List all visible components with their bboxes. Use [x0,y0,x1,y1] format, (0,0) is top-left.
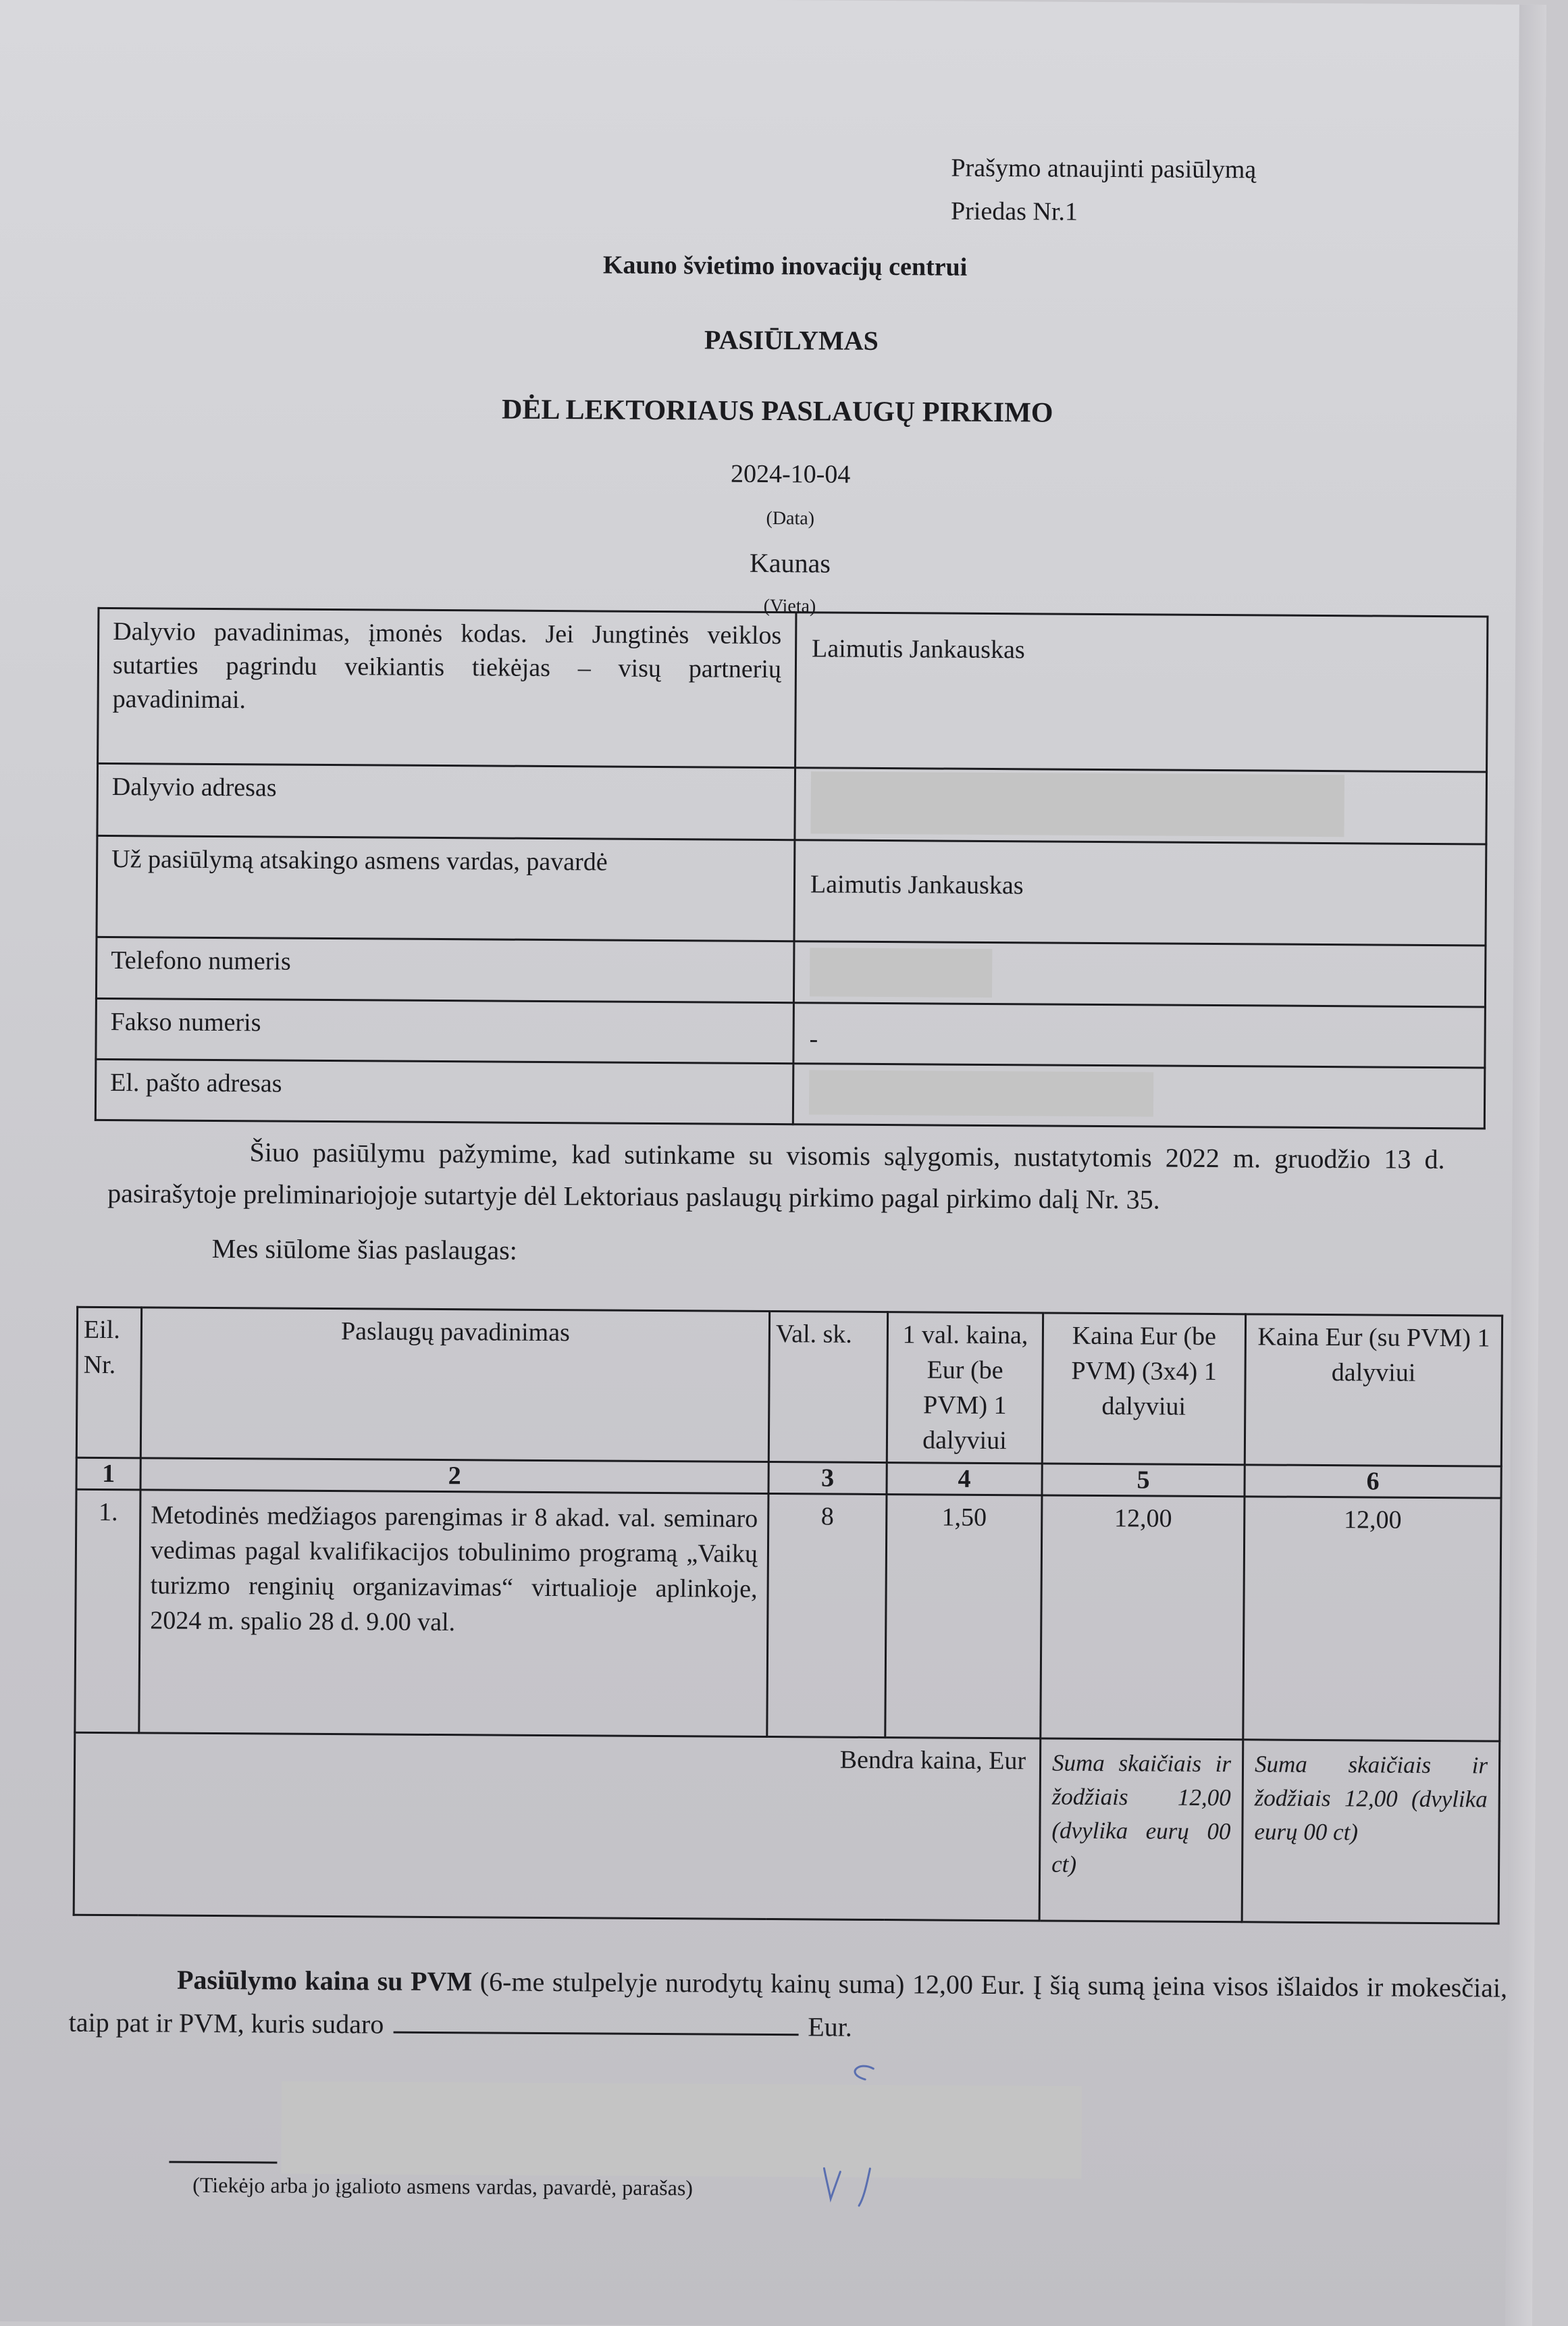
redacted-block [810,771,1344,837]
table-row: Už pasiūlymą atsakingo asmens vardas, pa… [97,835,1486,946]
participant-name-label: Dalyvio pavadinimas, įmonės kodas. Jei J… [98,608,796,767]
date-caption: (Data) [0,503,1543,534]
redacted-block [809,1070,1153,1116]
currency-label: Eur. [808,2011,852,2042]
email-value [793,1064,1485,1129]
participant-name-value: Laimutis Jankauskas [795,613,1488,772]
table-row: Telefono numeris [96,937,1486,1007]
responsible-person-value: Laimutis Jankauskas [794,840,1486,946]
agreement-paragraph: Šiuo pasiūlymu pažymime, kad sutinkame s… [107,1131,1445,1222]
service-price-excl-vat: 12,00 [1041,1495,1245,1740]
column-number: 1 [76,1457,140,1490]
document-date: 2024-10-04 [0,455,1544,494]
column-number: 3 [768,1462,887,1494]
table-row: Dalyvio adresas [97,763,1487,844]
document-subtitle: DĖL LEKTORIAUS PASLAUGŲ PIRKIMO [0,390,1544,432]
table-row: El. pašto adresas [95,1059,1485,1129]
participant-address-label: Dalyvio adresas [97,763,795,839]
total-excl-vat: Suma skaičiais ir žodžiais 12,00 (dvylik… [1039,1738,1243,1922]
fax-label: Fakso numeris [96,998,794,1063]
annex-reference: Prašymo atnaujinti pasiūlymą Priedas Nr.… [951,147,1256,235]
participant-address-value [795,768,1487,844]
column-header-price-incl-vat: Kaina Eur (su PVM) 1 dalyviui [1245,1314,1502,1466]
vat-amount-field [393,2007,798,2036]
phone-label: Telefono numeris [96,937,794,1002]
offer-price-label: Pasiūlymo kaina su PVM [177,1965,472,1997]
annex-line-2: Priedas Nr.1 [951,190,1256,235]
phone-value [793,941,1486,1007]
column-number: 4 [887,1463,1042,1495]
signature-caption: (Tiekėjo arba jo įgalioto asmens vardas,… [192,2173,693,2201]
document-title: PASIŪLYMAS [0,319,1544,361]
column-header-price-excl-vat: Kaina Eur (be PVM) (3x4) 1 dalyviui [1042,1313,1245,1465]
document-place: Kaunas [0,542,1543,584]
total-row: Bendra kaina, Eur Suma skaičiais ir žodž… [74,1732,1500,1923]
redacted-block [281,2082,1082,2179]
total-label-text: Bendra kaina, Eur [840,1746,1026,1776]
column-number: 2 [140,1458,768,1494]
service-price-incl-vat: 12,00 [1243,1497,1501,1741]
responsible-person-label: Už pasiūlymą atsakingo asmens vardas, pa… [97,835,795,941]
annex-line-1: Prašymo atnaujinti pasiūlymą [951,147,1256,192]
recipient: Kauno švietimo inovacijų centrui [0,247,1545,286]
column-number: 5 [1042,1464,1245,1497]
table-row: Dalyvio pavadinimas, įmonės kodas. Jei J… [98,608,1488,772]
row-number: 1. [75,1489,140,1733]
column-header-hours: Val. sk. [768,1312,887,1463]
table-row: Fakso numeris - [96,998,1486,1068]
total-incl-vat: Suma skaičiais ir žodžiais 12,00 (dvylik… [1242,1740,1500,1923]
participant-info-table: Dalyvio pavadinimas, įmonės kodas. Jei J… [95,607,1489,1130]
service-name: Metodinės medžiagos parengimas ir 8 akad… [139,1490,768,1737]
services-lead: Mes siūlome šias paslaugas: [212,1233,517,1266]
document-page: Prašymo atnaujinti pasiūlymą Priedas Nr.… [0,0,1546,2326]
total-label: Bendra kaina, Eur [74,1732,1041,1921]
offer-price-statement: Pasiūlymo kaina su PVM (6-me stulpelyje … [68,1958,1507,2053]
column-header-service-name: Paslaugų pavadinimas [140,1308,769,1462]
fax-value: - [793,1003,1486,1068]
service-hours: 8 [767,1493,887,1737]
services-table: Eil. Nr. Paslaugų pavadinimas Val. sk. 1… [73,1306,1503,1925]
table-row: 1. Metodinės medžiagos parengimas ir 8 a… [75,1489,1501,1741]
column-header-hour-price: 1 val. kaina, Eur (be PVM) 1 dalyviui [887,1312,1043,1464]
redacted-block [810,948,992,998]
signature-mark-icon [817,2060,953,2209]
column-number: 6 [1245,1465,1501,1498]
column-header-no: Eil. Nr. [76,1307,141,1458]
signature-line [169,2161,277,2164]
email-label: El. pašto adresas [95,1059,793,1124]
table-header-row: Eil. Nr. Paslaugų pavadinimas Val. sk. 1… [76,1307,1502,1466]
service-hour-price: 1,50 [885,1495,1042,1738]
